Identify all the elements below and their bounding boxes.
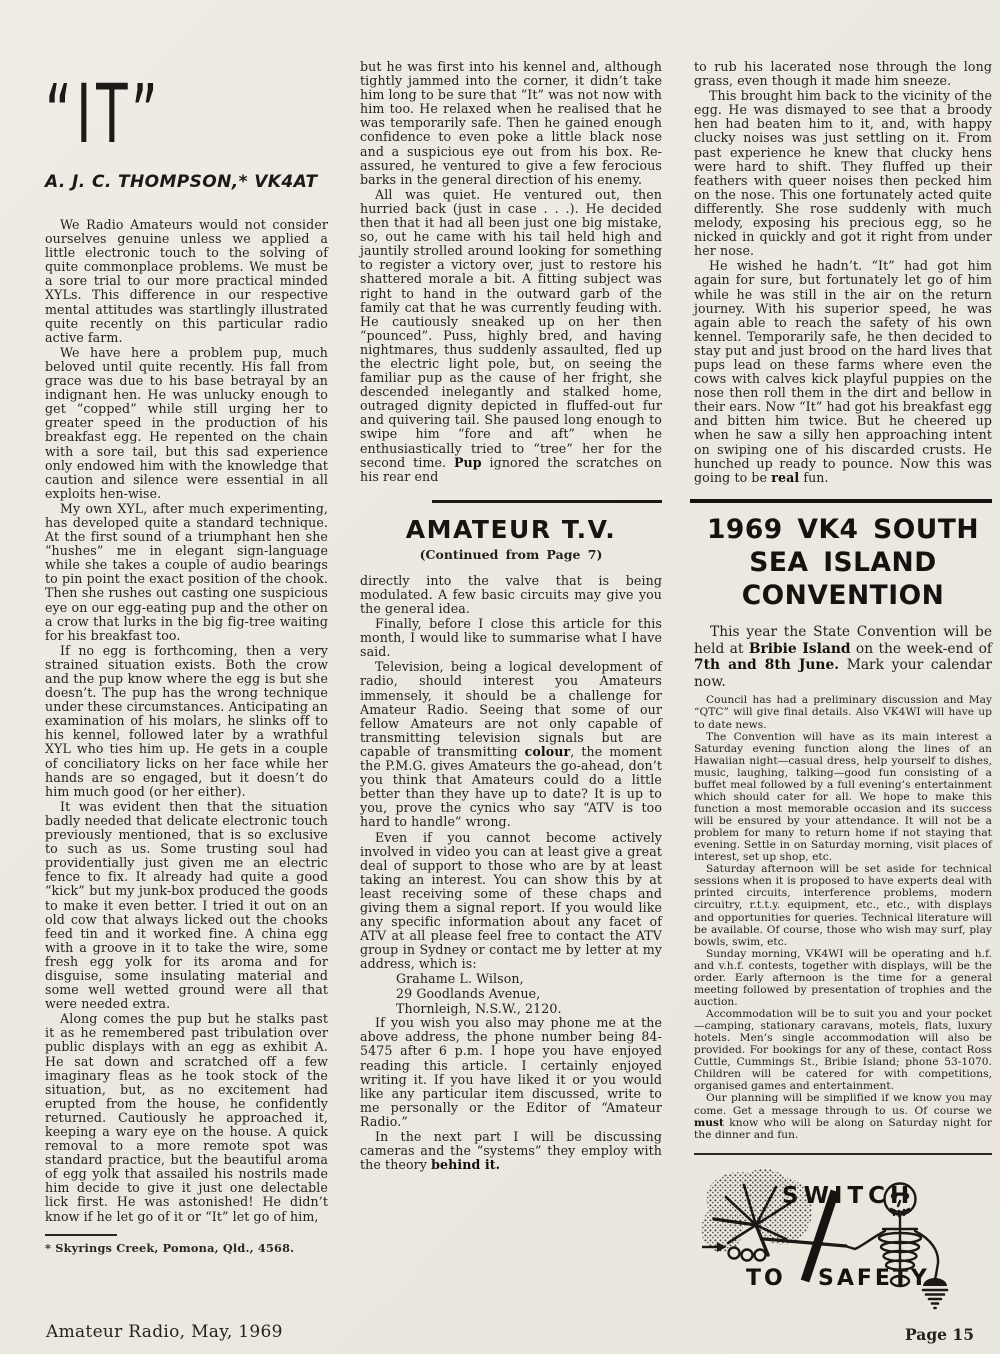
cartoon-divider-rule bbox=[694, 1153, 992, 1155]
paragraph: It was evident then that the situation b… bbox=[45, 800, 328, 1011]
paragraph: In the next part I will be discussing ca… bbox=[360, 1130, 662, 1172]
paragraph: Television, being a logical development … bbox=[360, 660, 662, 829]
paragraph: Accommodation will be to suit you and yo… bbox=[694, 1008, 992, 1092]
address-line: Grahame L. Wilson, bbox=[396, 972, 662, 987]
paragraph: Saturday afternoon will be set aside for… bbox=[694, 863, 992, 947]
paragraph: If no egg is forthcoming, then a very st… bbox=[45, 644, 328, 799]
paragraph: He wished he hadn’t. “It” had got him ag… bbox=[694, 259, 992, 485]
paragraph: We Radio Amateurs would not consider our… bbox=[45, 218, 328, 345]
convention-details: Council has had a preliminary discussion… bbox=[694, 694, 992, 1140]
article-body-middle-continuation: but he was first into his kennel and, al… bbox=[360, 60, 662, 484]
paragraph: Our planning will be simplified if we kn… bbox=[694, 1092, 992, 1140]
paragraph: All was quiet. He ventured out, then hur… bbox=[360, 188, 662, 484]
cartoon-text-to: TO bbox=[746, 1266, 786, 1291]
footnote-rule bbox=[45, 1234, 117, 1236]
paragraph: Council has had a preliminary discussion… bbox=[694, 694, 992, 730]
paragraph: This brought him back to the vicinity of… bbox=[694, 89, 992, 258]
magazine-page: “IT” A. J. C. THOMPSON,* VK4AT We Radio … bbox=[0, 0, 1000, 1354]
article-body-right-continuation: to rub his lacerated nose through the lo… bbox=[694, 60, 992, 485]
column-middle: but he was first into his kennel and, al… bbox=[360, 60, 662, 1354]
section-divider-rule bbox=[432, 500, 662, 503]
footer-journal-title: Amateur Radio, May, 1969 bbox=[46, 1322, 283, 1342]
convention-intro: This year the State Convention will be h… bbox=[694, 624, 992, 690]
paragraph: Along comes the pup but he stalks past i… bbox=[45, 1012, 328, 1223]
paragraph: but he was first into his kennel and, al… bbox=[360, 60, 662, 187]
convention-heading: 1969 VK4 SOUTH SEA ISLAND CONVENTION bbox=[694, 513, 992, 612]
footer-page-number: Page 15 bbox=[905, 1325, 974, 1344]
paragraph: We have here a problem pup, much beloved… bbox=[45, 346, 328, 501]
column-right: to rub his lacerated nose through the lo… bbox=[694, 60, 992, 1354]
switch-to-safety-cartoon: SWITCH TO SAFETY bbox=[694, 1159, 992, 1315]
column-left: “IT” A. J. C. THOMPSON,* VK4AT We Radio … bbox=[45, 60, 328, 1354]
section-divider-rule-heavy bbox=[690, 499, 992, 503]
paragraph: Sunday morning, VK4WI will be operating … bbox=[694, 948, 992, 1008]
explosion-cloud-icon bbox=[701, 1169, 812, 1252]
contact-address: Grahame L. Wilson,29 Goodlands Avenue,Th… bbox=[360, 972, 662, 1016]
article-byline: A. J. C. THOMPSON,* VK4AT bbox=[45, 172, 328, 192]
cartoon-text-safety: SAFETY bbox=[818, 1266, 930, 1291]
paragraph: to rub his lacerated nose through the lo… bbox=[694, 60, 992, 88]
paragraph: directly into the valve that is being mo… bbox=[360, 574, 662, 616]
atv-article-body: directly into the valve that is being mo… bbox=[360, 574, 662, 972]
paragraph: Even if you cannot become actively invol… bbox=[360, 831, 662, 972]
atv-section-subheading: (Continued from Page 7) bbox=[360, 547, 662, 562]
paragraph: If you wish you also may phone me at the… bbox=[360, 1016, 662, 1129]
atv-section-heading: AMATEUR T.V. bbox=[360, 515, 662, 544]
address-line: 29 Goodlands Avenue, bbox=[396, 987, 662, 1002]
plumb-bob-icon bbox=[923, 1278, 947, 1308]
electric-coil-icon bbox=[702, 1244, 766, 1261]
paragraph: Finally, before I close this article for… bbox=[360, 617, 662, 659]
paragraph: The Convention will have as its main int… bbox=[694, 731, 992, 864]
safety-cartoon-illustration: SWITCH TO SAFETY bbox=[694, 1159, 990, 1311]
article-body-left: We Radio Amateurs would not consider our… bbox=[45, 218, 328, 1224]
footnote: * Skyrings Creek, Pomona, Qld., 4568. bbox=[45, 1241, 328, 1255]
atv-article-closing: If you wish you also may phone me at the… bbox=[360, 1016, 662, 1172]
paragraph: My own XYL, after much experimenting, ha… bbox=[45, 502, 328, 643]
address-line: Thornleigh, N.S.W., 2120. bbox=[396, 1002, 662, 1017]
article-title: “IT” bbox=[45, 68, 328, 172]
article-title-text: “IT” bbox=[45, 68, 162, 162]
